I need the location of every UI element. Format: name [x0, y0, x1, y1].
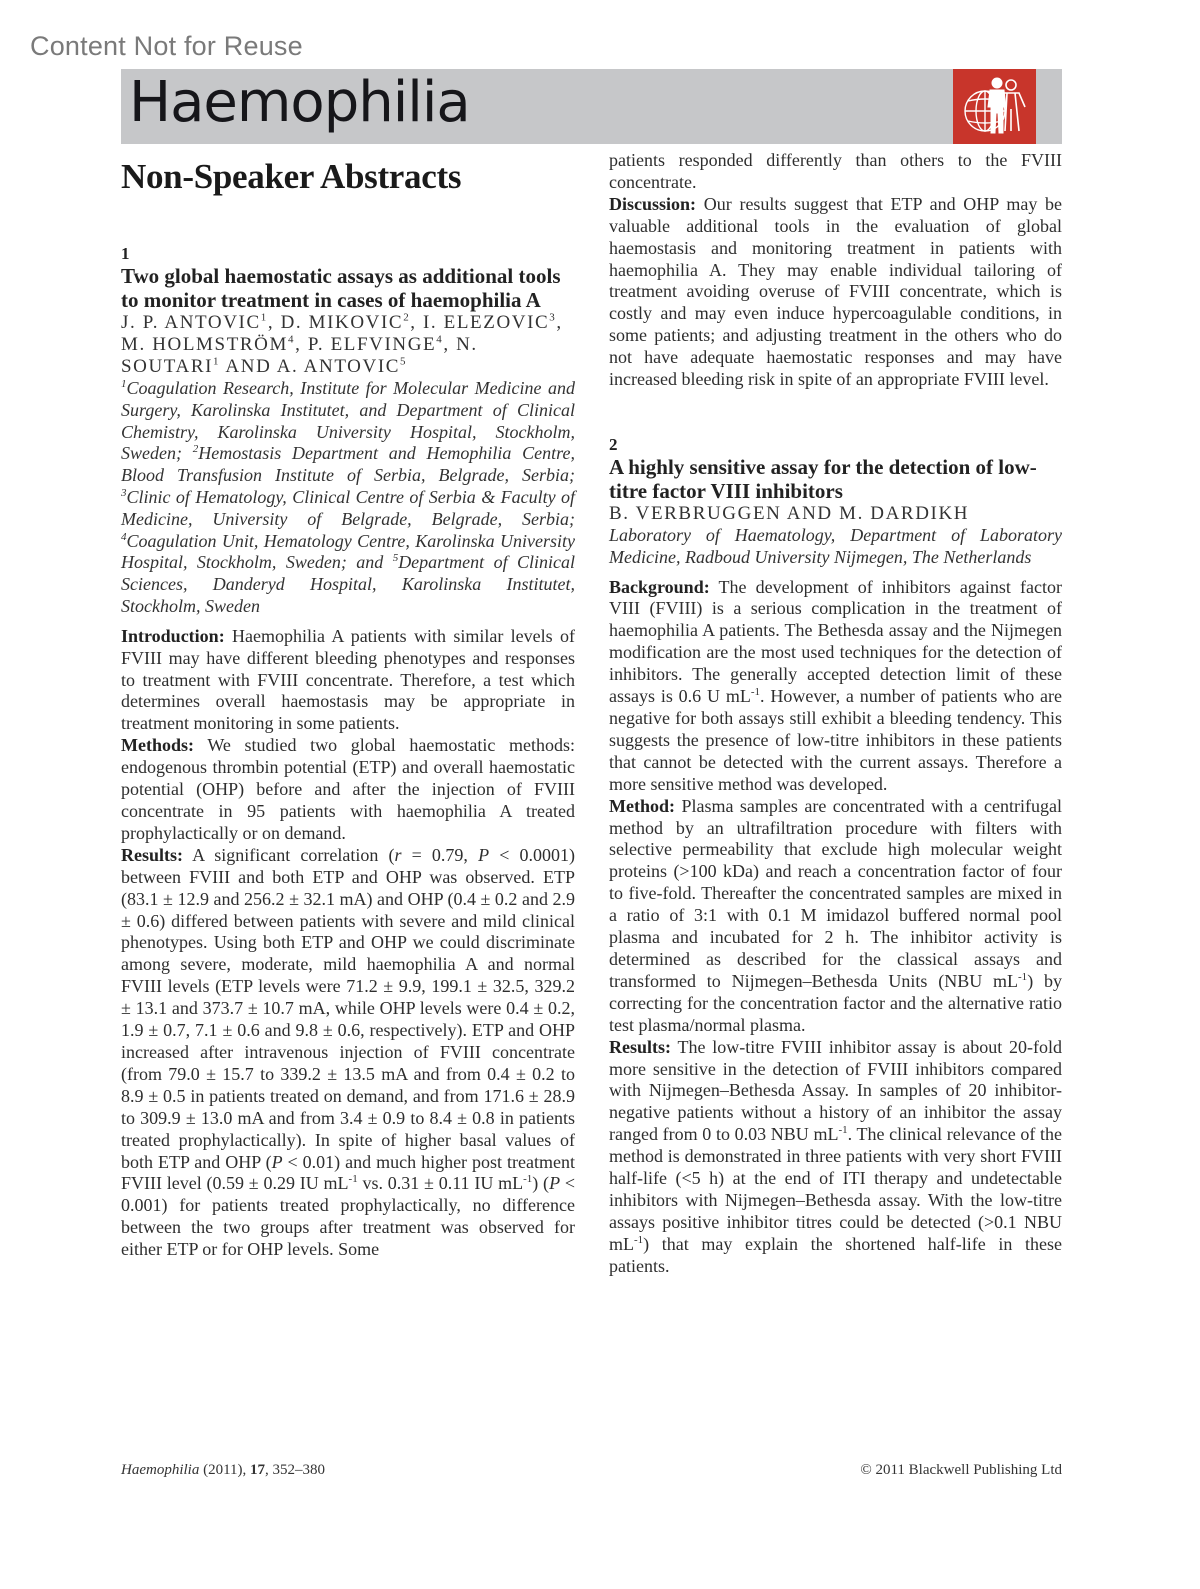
abstract-title: Two global haemostatic assays as additio… [121, 264, 575, 312]
abstract-title: A highly sensitive assay for the detecti… [609, 455, 1062, 503]
abstract-authors: B. VERBRUGGEN AND M. DARDIKH [609, 503, 1062, 525]
journal-header-bar: Haemophilia [121, 69, 1062, 144]
abstract-results: Results: The low-titre FVIII inhibitor a… [609, 1037, 1062, 1278]
right-column: patients responded differently than othe… [609, 150, 1062, 1278]
abstract-results: Results: A significant correlation (r = … [121, 845, 575, 1261]
abstract-number: 2 [609, 435, 1062, 455]
footer-citation: Haemophilia (2011), 17, 352–380 [121, 1462, 325, 1479]
abstract-number: 1 [121, 244, 575, 264]
abstract-results-continued: patients responded differently than othe… [609, 150, 1062, 194]
section-title: Non-Speaker Abstracts [121, 154, 575, 200]
abstract-authors: J. P. ANTOVIC1, D. MIKOVIC2, I. ELEZOVIC… [121, 312, 575, 378]
abstract-2: 2 A highly sensitive assay for the detec… [609, 435, 1062, 1278]
abstract-1: 1 Two global haemostatic assays as addit… [121, 244, 575, 1261]
abstract-introduction: Introduction: Haemophilia A patients wit… [121, 626, 575, 736]
journal-title: Haemophilia [129, 63, 470, 143]
left-column: Non-Speaker Abstracts 1 Two global haemo… [121, 150, 575, 1261]
watermark: Content Not for Reuse [30, 31, 303, 62]
globe-with-two-people-icon [959, 73, 1031, 141]
footer-copyright: © 2011 Blackwell Publishing Ltd [860, 1462, 1062, 1479]
abstract-affiliations: 1Coagulation Research, Institute for Mol… [121, 378, 575, 618]
abstract-background: Background: The development of inhibitor… [609, 577, 1062, 796]
abstract-discussion: Discussion: Our results suggest that ETP… [609, 194, 1062, 391]
abstract-method: Method: Plasma samples are concentrated … [609, 796, 1062, 1037]
journal-logo [953, 69, 1036, 144]
abstract-methods: Methods: We studied two global haemostat… [121, 735, 575, 845]
abstract-affiliation: Laboratory of Haematology, Department of… [609, 525, 1062, 569]
